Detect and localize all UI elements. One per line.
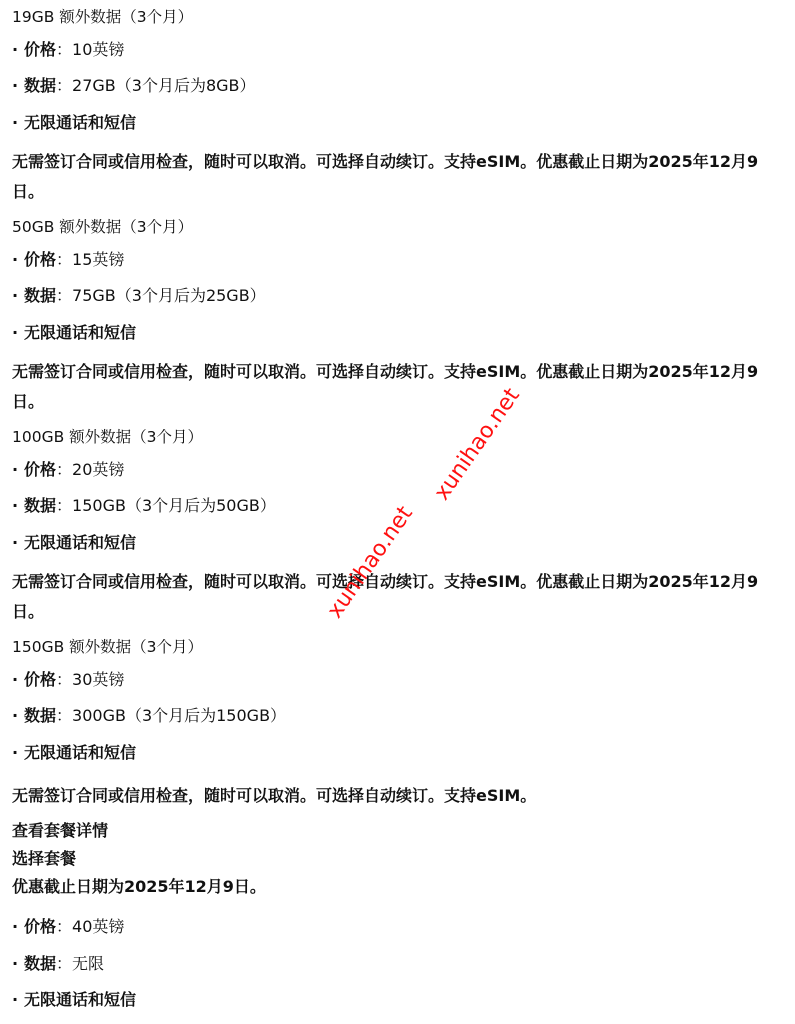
calls-text: 无限通话和短信 xyxy=(24,113,136,132)
plan-calls: ·无限通话和短信 xyxy=(12,533,136,553)
final-plan-price: ·价格：40英镑 xyxy=(12,917,124,937)
colon: ： xyxy=(56,76,72,95)
colon: ： xyxy=(56,496,72,515)
bullet-icon: · xyxy=(12,76,24,96)
plan-price: ·价格：30英镑 xyxy=(12,670,124,690)
calls-text: 无限通话和短信 xyxy=(24,533,136,552)
price-label: 价格 xyxy=(24,670,56,689)
plan-note: 无需签订合同或信用检查，随时可以取消。可选择自动续订。支持eSIM。优惠截止日期… xyxy=(12,147,782,207)
calls-text: 无限通话和短信 xyxy=(24,323,136,342)
data-label: 数据 xyxy=(24,76,56,95)
plan-calls: ·无限通话和短信 xyxy=(12,743,136,763)
colon: ： xyxy=(56,954,72,973)
choose-plan-link[interactable]: 选择套餐 xyxy=(12,849,76,869)
price-value: 40英镑 xyxy=(72,917,124,936)
data-label: 数据 xyxy=(24,706,56,725)
plan-title: 50GB 额外数据（3个月） xyxy=(12,217,193,237)
price-value: 20英镑 xyxy=(72,460,124,479)
plan-note: 无需签订合同或信用检查，随时可以取消。可选择自动续订。支持eSIM。优惠截止日期… xyxy=(12,357,782,417)
bullet-icon: · xyxy=(12,917,24,937)
price-value: 10英镑 xyxy=(72,40,124,59)
bullet-icon: · xyxy=(12,670,24,690)
calls-text: 无限通话和短信 xyxy=(24,743,136,762)
colon: ： xyxy=(56,917,72,936)
offer-deadline: 优惠截止日期为2025年12月9日。 xyxy=(12,877,266,897)
plan-note: 无需签订合同或信用检查，随时可以取消。可选择自动续订。支持eSIM。优惠截止日期… xyxy=(12,567,782,627)
final-plan-data: ·数据：无限 xyxy=(12,954,104,974)
bullet-icon: · xyxy=(12,954,24,974)
bullet-icon: · xyxy=(12,40,24,60)
bullet-icon: · xyxy=(12,496,24,516)
data-value: 300GB（3个月后为150GB） xyxy=(72,706,286,725)
data-value: 150GB（3个月后为50GB） xyxy=(72,496,276,515)
plan-title: 100GB 额外数据（3个月） xyxy=(12,427,203,447)
colon: ： xyxy=(56,670,72,689)
bullet-icon: · xyxy=(12,706,24,726)
plan-price: ·价格：10英镑 xyxy=(12,40,124,60)
price-label: 价格 xyxy=(24,250,56,269)
data-label: 数据 xyxy=(24,286,56,305)
colon: ： xyxy=(56,250,72,269)
data-value: 27GB（3个月后为8GB） xyxy=(72,76,255,95)
bullet-icon: · xyxy=(12,113,24,133)
plan-data: ·数据：300GB（3个月后为150GB） xyxy=(12,706,286,726)
colon: ： xyxy=(56,706,72,725)
data-value: 75GB（3个月后为25GB） xyxy=(72,286,266,305)
plan-note: 无需签订合同或信用检查，随时可以取消。可选择自动续订。支持eSIM。 xyxy=(12,786,536,806)
plan-data: ·数据：75GB（3个月后为25GB） xyxy=(12,286,266,306)
calls-text: 无限通话和短信 xyxy=(24,990,136,1009)
bullet-icon: · xyxy=(12,460,24,480)
bullet-icon: · xyxy=(12,250,24,270)
bullet-icon: · xyxy=(12,286,24,306)
plan-data: ·数据：150GB（3个月后为50GB） xyxy=(12,496,276,516)
bullet-icon: · xyxy=(12,990,24,1010)
plan-data: ·数据：27GB（3个月后为8GB） xyxy=(12,76,256,96)
final-plan-calls: ·无限通话和短信 xyxy=(12,990,136,1010)
plan-title: 150GB 额外数据（3个月） xyxy=(12,637,203,657)
plan-calls: ·无限通话和短信 xyxy=(12,323,136,343)
price-value: 15英镑 xyxy=(72,250,124,269)
bullet-icon: · xyxy=(12,743,24,763)
colon: ： xyxy=(56,40,72,59)
plan-calls: ·无限通话和短信 xyxy=(12,113,136,133)
data-value: 无限 xyxy=(72,954,104,973)
plan-title: 19GB 额外数据（3个月） xyxy=(12,7,193,27)
colon: ： xyxy=(56,460,72,479)
bullet-icon: · xyxy=(12,533,24,553)
view-details-link[interactable]: 查看套餐详情 xyxy=(12,821,108,841)
data-label: 数据 xyxy=(24,496,56,515)
price-value: 30英镑 xyxy=(72,670,124,689)
plan-price: ·价格：15英镑 xyxy=(12,250,124,270)
data-label: 数据 xyxy=(24,954,56,973)
price-label: 价格 xyxy=(24,40,56,59)
bullet-icon: · xyxy=(12,323,24,343)
price-label: 价格 xyxy=(24,460,56,479)
colon: ： xyxy=(56,286,72,305)
plan-price: ·价格：20英镑 xyxy=(12,460,124,480)
price-label: 价格 xyxy=(24,917,56,936)
